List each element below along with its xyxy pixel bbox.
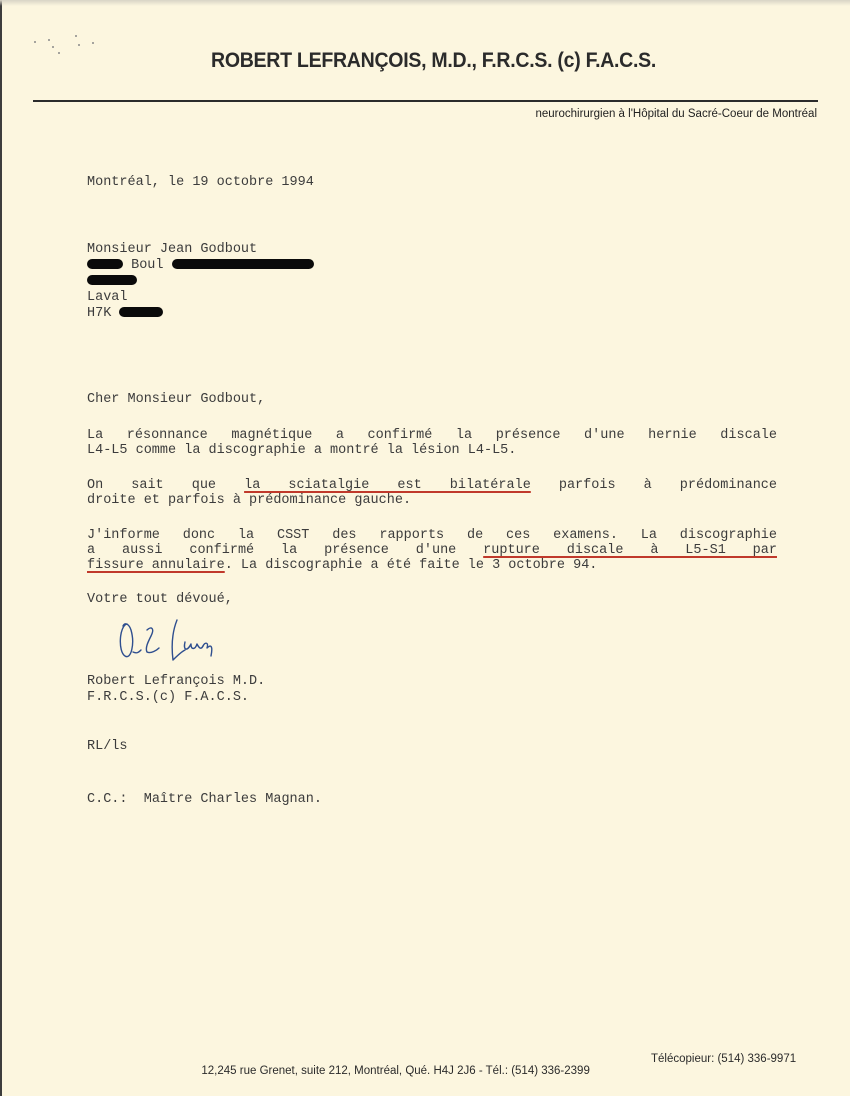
- footer-fax: Télécopieur: (514) 336-9971: [651, 1053, 796, 1065]
- redaction-mark: [172, 259, 314, 269]
- closing: Votre tout dévoué,: [87, 592, 233, 607]
- salutation: Cher Monsieur Godbout,: [87, 392, 265, 407]
- footer-address: 12,245 rue Grenet, suite 212, Montréal, …: [201, 1065, 589, 1077]
- redaction-mark: [119, 307, 163, 317]
- recipient-street: Boul: [87, 258, 314, 273]
- paragraph-3-line-3: fissure annulaire. La discographie a été…: [87, 558, 777, 573]
- signatory-credentials: F.R.C.S.(c) F.A.C.S.: [87, 690, 249, 705]
- postal-prefix: H7K: [87, 306, 111, 321]
- signatory-name: Robert Lefrançois M.D.: [87, 674, 265, 689]
- highlighted-phrase: rupture discale à L5-S1 par: [483, 543, 777, 558]
- paragraph-3-line-2: a aussi confirmé la présence d'une ruptu…: [87, 543, 777, 558]
- letterhead-footer: 12,245 rue Grenet, suite 212, Montréal, …: [195, 1053, 590, 1089]
- redaction-mark: [87, 259, 123, 269]
- paragraph-3-line-1: J'informe donc la CSST des rapports de c…: [87, 528, 777, 543]
- reference-initials: RL/ls: [87, 739, 128, 754]
- street-prefix: Boul: [131, 258, 163, 273]
- cc-label: C.C.:: [87, 792, 128, 807]
- paragraph-1-line-2: L4-L5 comme la discographie a montré la …: [87, 443, 777, 458]
- paragraph-2-line-1: On sait que la sciatalgie est bilatérale…: [87, 478, 777, 493]
- letterhead-name: ROBERT LEFRANÇOIS, M.D., F.R.C.S. (c) F.…: [211, 49, 656, 73]
- recipient-postal: H7K: [87, 306, 163, 321]
- paragraph-1-line-1: La résonnance magnétique a confirmé la p…: [87, 428, 777, 443]
- page-edge: [0, 0, 2, 1096]
- paragraph-2: On sait que la sciatalgie est bilatérale…: [87, 478, 777, 508]
- paragraph-1: La résonnance magnétique a confirmé la p…: [87, 428, 777, 458]
- handwritten-signature: [115, 616, 255, 666]
- scan-shadow: [0, 0, 850, 6]
- recipient-name: Monsieur Jean Godbout: [87, 242, 257, 257]
- cc-line: C.C.: Maître Charles Magnan.: [87, 792, 322, 807]
- highlighted-phrase: la sciatalgie est bilatérale: [244, 478, 531, 493]
- recipient-city: Laval: [87, 290, 128, 305]
- paper-specks: [30, 33, 110, 57]
- cc-recipient: Maître Charles Magnan.: [144, 792, 322, 807]
- redaction-mark: [87, 275, 137, 285]
- letterhead-affiliation: neurochirurgien à l'Hôpital du Sacré-Coe…: [535, 108, 817, 120]
- recipient-line3: [87, 274, 137, 289]
- paragraph-3: J'informe donc la CSST des rapports de c…: [87, 528, 777, 573]
- date-line: Montréal, le 19 octobre 1994: [87, 175, 314, 190]
- highlighted-phrase: fissure annulaire: [87, 558, 225, 573]
- letterhead-rule: [33, 100, 818, 102]
- paragraph-2-line-2: droite et parfois à prédominance gauche.: [87, 493, 777, 508]
